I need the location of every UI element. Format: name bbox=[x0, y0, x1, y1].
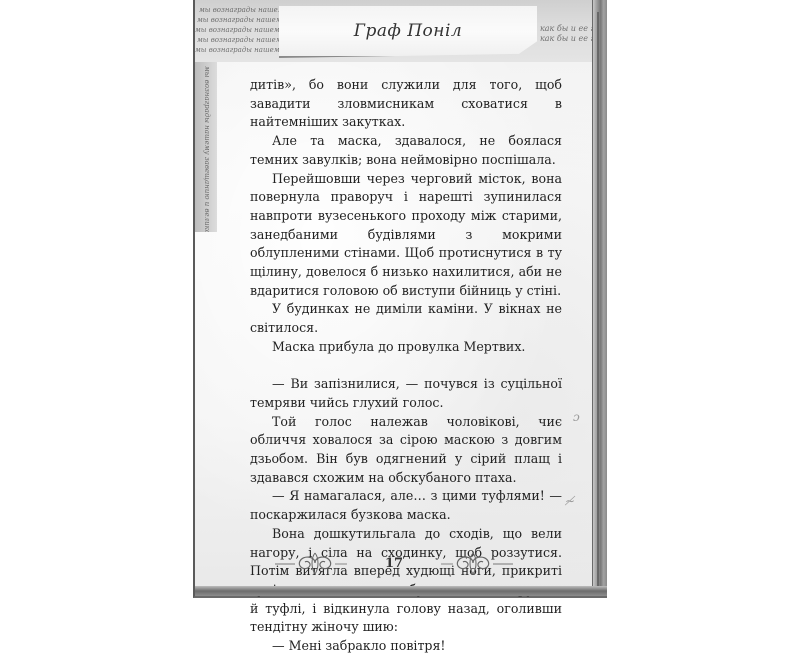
page-edge-right bbox=[592, 0, 607, 596]
paragraph: Перейшовши через черговий місток, вона п… bbox=[250, 170, 562, 301]
running-header: Граф Поніл bbox=[279, 6, 537, 58]
paragraph: У будинках не диміли каміни. У вікнах не… bbox=[250, 300, 562, 337]
page-footer: 17 bbox=[195, 548, 593, 578]
manuscript-scribble: как бы и ее годы что будет и мы bbox=[540, 34, 593, 43]
margin-mark: ≁ bbox=[565, 494, 575, 508]
right-ornament-icon bbox=[433, 550, 513, 576]
manuscript-margin: мы вознаграды нашему завещанию и великод… bbox=[195, 62, 217, 232]
paragraph: Маска прибула до провулка Мертвих. bbox=[250, 338, 562, 357]
book-page: мы вознаграды нашему завещанию и великод… bbox=[193, 0, 607, 598]
paragraph: дитів», бо вони служили для того, щоб за… bbox=[250, 76, 562, 132]
manuscript-scribble: как бы и ее годы что будет и мы bbox=[540, 24, 593, 33]
paragraph: — Я намагалася, але… з цими туфлями! — п… bbox=[250, 487, 562, 524]
book-title: Граф Поніл bbox=[354, 21, 463, 41]
paragraph: Але та маска, здавалося, не боялася темн… bbox=[250, 132, 562, 169]
body-text: дитів», бо вони служили для того, щоб за… bbox=[250, 76, 562, 600]
paragraph: — Ви запізнилися, — почувся із суцільної… bbox=[250, 375, 562, 412]
left-ornament-icon bbox=[275, 550, 355, 576]
paragraph: Той голос належав чоловікові, чиє обличч… bbox=[250, 413, 562, 488]
page-edge-bottom bbox=[195, 586, 607, 596]
page-number: 17 bbox=[385, 556, 403, 571]
margin-mark: ɔ bbox=[573, 410, 580, 424]
manuscript-scribble: мы вознаграды нашему завещанию и великод… bbox=[202, 66, 211, 232]
